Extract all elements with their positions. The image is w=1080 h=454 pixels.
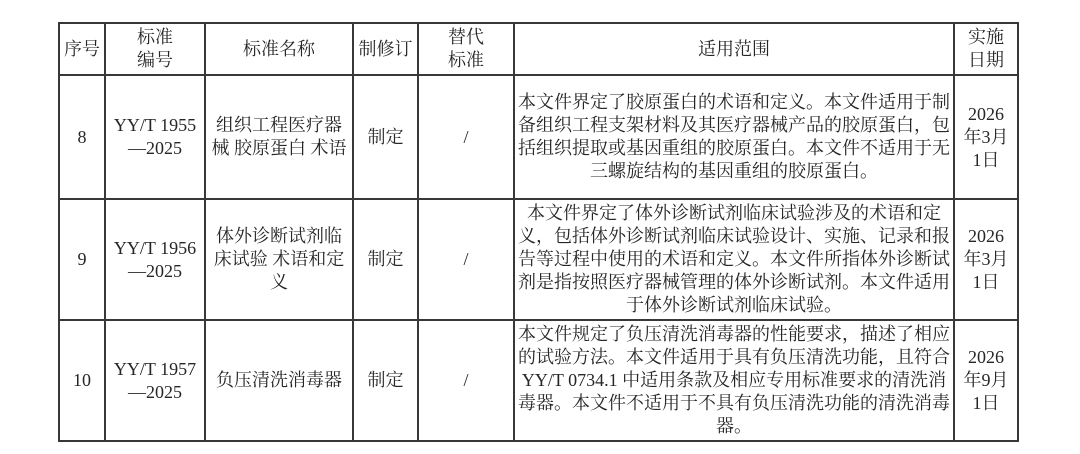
cell-code: YY/T 1955—2025: [105, 75, 205, 199]
cell-name: 负压清洗消毒器: [205, 320, 353, 441]
cell-date: 2026 年3月 1日: [954, 75, 1018, 199]
cell-replaced: /: [418, 199, 514, 320]
cell-scope: 本文件界定了体外诊断试剂临床试验涉及的术语和定义，包括体外诊断试剂临床试验设计、…: [514, 199, 954, 320]
cell-date: 2026 年3月 1日: [954, 199, 1018, 320]
cell-name: 组织工程医疗器械 胶原蛋白 术语: [205, 75, 353, 199]
table-row: 8 YY/T 1955—2025 组织工程医疗器械 胶原蛋白 术语 制定 / 本…: [59, 75, 1018, 199]
table-row: 10 YY/T 1957—2025 负压清洗消毒器 制定 / 本文件规定了负压清…: [59, 320, 1018, 441]
table-row: 9 YY/T 1956—2025 体外诊断试剂临床试验 术语和定义 制定 / 本…: [59, 199, 1018, 320]
header-cell-code: 标准 编号: [105, 23, 205, 75]
header-cell-scope: 适用范围: [514, 23, 954, 75]
cell-code: YY/T 1957—2025: [105, 320, 205, 441]
standards-table: 序号 标准 编号 标准名称 制修订 替代 标准 适用范围 实施 日期 8 YY/…: [58, 22, 1019, 442]
header-cell-name: 标准名称: [205, 23, 353, 75]
cell-code: YY/T 1956—2025: [105, 199, 205, 320]
cell-revision: 制定: [353, 199, 418, 320]
table-header-row: 序号 标准 编号 标准名称 制修订 替代 标准 适用范围 实施 日期: [59, 23, 1018, 75]
cell-replaced: /: [418, 320, 514, 441]
cell-seq: 9: [59, 199, 105, 320]
cell-scope: 本文件界定了胶原蛋白的术语和定义。本文件适用于制备组织工程支架材料及其医疗器械产…: [514, 75, 954, 199]
cell-date: 2026 年9月 1日: [954, 320, 1018, 441]
cell-revision: 制定: [353, 320, 418, 441]
cell-revision: 制定: [353, 75, 418, 199]
cell-scope: 本文件规定了负压清洗消毒器的性能要求，描述了相应的试验方法。本文件适用于具有负压…: [514, 320, 954, 441]
document-page: 序号 标准 编号 标准名称 制修订 替代 标准 适用范围 实施 日期 8 YY/…: [0, 0, 1080, 454]
header-cell-seq: 序号: [59, 23, 105, 75]
cell-replaced: /: [418, 75, 514, 199]
cell-seq: 10: [59, 320, 105, 441]
cell-seq: 8: [59, 75, 105, 199]
header-cell-date: 实施 日期: [954, 23, 1018, 75]
header-cell-replaced: 替代 标准: [418, 23, 514, 75]
cell-name: 体外诊断试剂临床试验 术语和定义: [205, 199, 353, 320]
header-cell-revision: 制修订: [353, 23, 418, 75]
